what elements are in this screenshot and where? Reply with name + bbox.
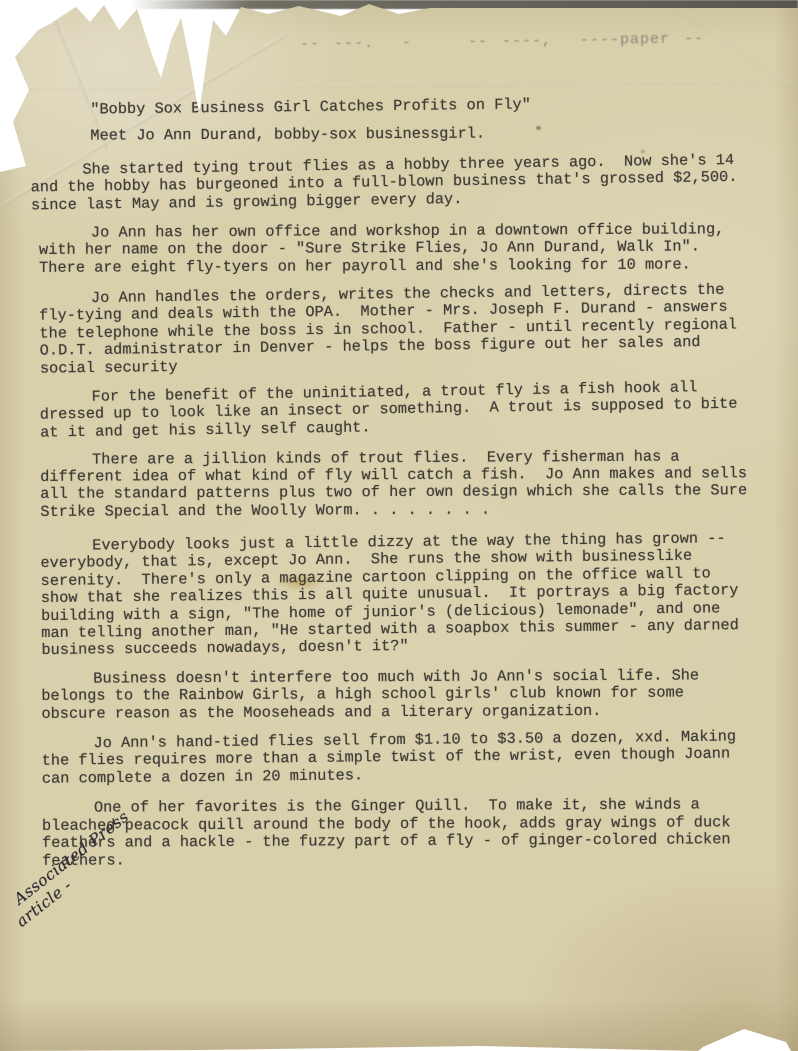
paper-sheet: -- ---. - -- ----, ----paper -- "Bobby S… — [0, 0, 798, 1051]
paragraph: Meet Jo Ann Durand, bobby-sox businessgi… — [38, 125, 748, 146]
paragraph: She started tying trout flies as a hobby… — [30, 152, 749, 215]
paragraph: Business doesn't interfere too much with… — [41, 667, 751, 723]
typed-text-block: "Bobby Sox Business Girl Catches Profits… — [0, 0, 798, 881]
scanned-document-page: -- ---. - -- ----, ----paper -- "Bobby S… — [0, 0, 798, 1051]
paragraph: There are a jillion kinds of trout flies… — [40, 448, 750, 521]
paragraph: Everybody looks just a little dizzy at t… — [40, 530, 751, 660]
paragraph: Jo Ann handles the orders, writes the ch… — [39, 282, 750, 378]
paragraph: For the benefit of the uninitiated, a tr… — [39, 379, 750, 442]
article-title: "Bobby Sox Business Girl Catches Profits… — [38, 94, 748, 119]
paragraph: Jo Ann has her own office and workshop i… — [39, 221, 749, 277]
paragraph: Jo Ann's hand-tied flies sell from $1.10… — [41, 728, 752, 788]
adjacent-page-edge — [130, 0, 798, 9]
